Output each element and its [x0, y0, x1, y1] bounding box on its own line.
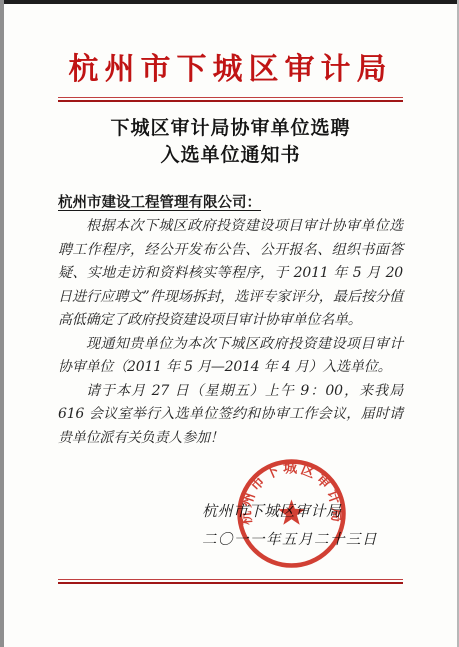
signature-org: 杭州市下城区审计局 [202, 502, 403, 520]
document-body: 杭州市下城区审计局 下城区审计局协审单位选聘 入选单位通知书 杭州市建设工程管理… [58, 0, 403, 549]
paragraph-meeting-invitation: 请于本月 27 日（星期五）上午 9：00，来我局 616 会议室举行入选单位签… [58, 380, 403, 451]
scan-edge-left [0, 0, 4, 647]
paragraph-selection-process: 根据本次下城区政府投资建设项目审计协审单位选聘工作程序，经公开发布公告、公开报名… [58, 215, 403, 333]
letterhead-divider [58, 97, 403, 102]
scanned-notice-document: 杭州市下城区审计局 下城区审计局协审单位选聘 入选单位通知书 杭州市建设工程管理… [0, 0, 459, 647]
addressee-line: 杭州市建设工程管理有限公司： [58, 191, 403, 215]
signature-block: 杭州市下城区审计局 二〇一一年五月二十三日 [58, 502, 403, 549]
notice-title: 下城区审计局协审单位选聘 入选单位通知书 [58, 115, 403, 169]
signature-date: 二〇一一年五月二十三日 [202, 531, 403, 549]
notice-title-line2: 入选单位通知书 [58, 142, 403, 169]
footer-divider [58, 579, 403, 584]
agency-letterhead-title: 杭州市下城区审计局 [58, 52, 403, 88]
notice-title-line1: 下城区审计局协审单位选聘 [58, 115, 403, 142]
paragraph-selection-result: 现通知贵单位为本次下城区政府投资建设项目审计协审单位（2011 年 5 月—20… [58, 333, 403, 380]
